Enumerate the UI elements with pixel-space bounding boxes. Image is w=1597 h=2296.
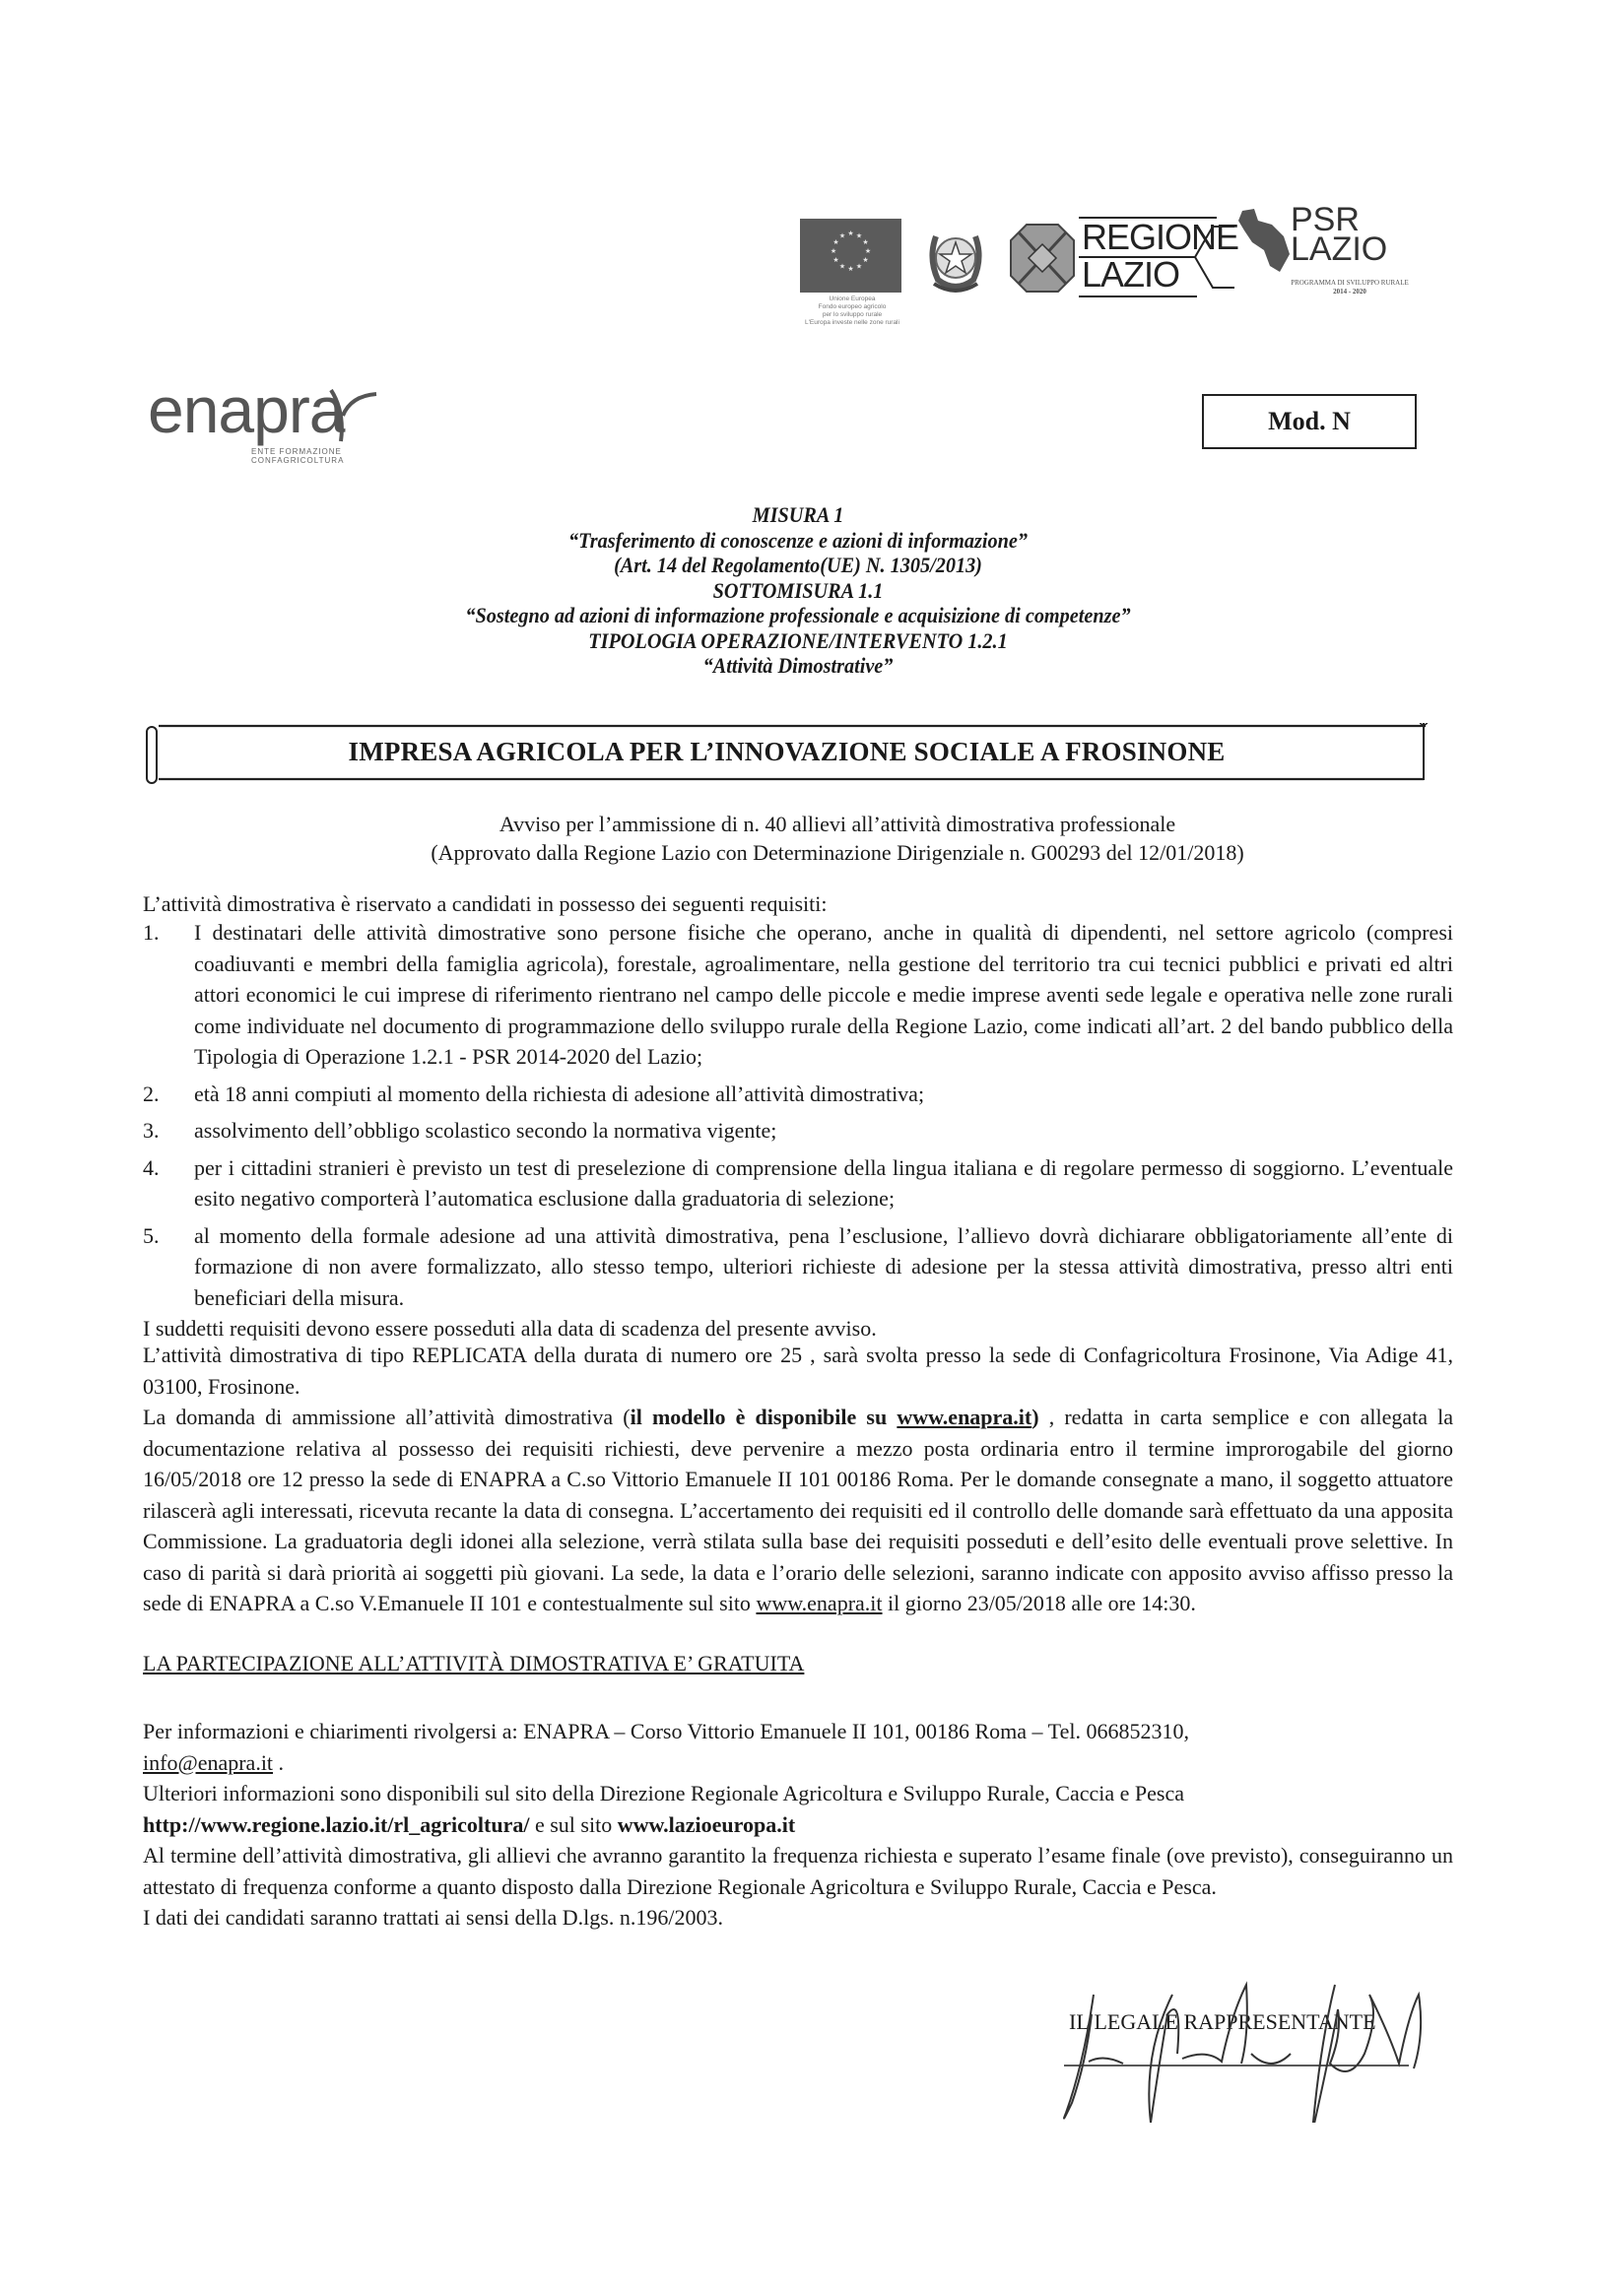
- links-connector: e sul sito: [529, 1812, 617, 1837]
- regione-text-line2: LAZIO: [1082, 256, 1238, 294]
- notice-line2: (Approvato dalla Regione Lazio con Deter…: [296, 838, 1379, 867]
- italian-republic-emblem-icon: [924, 219, 987, 297]
- model-label: Mod. N: [1268, 407, 1351, 436]
- further-info-paragraph: Ulteriori informazioni sono disponibili …: [143, 1778, 1453, 1809]
- links-line: http://www.regione.lazio.it/rl_agricoltu…: [143, 1809, 1453, 1841]
- psr-subtitle-line1: PROGRAMMA DI SVILUPPO RURALE: [1246, 279, 1453, 288]
- application-paragraph: La domanda di ammissione all’attività di…: [143, 1402, 1453, 1619]
- requirement-text: al momento della formale adesione ad una…: [194, 1223, 1453, 1310]
- free-participation-notice: LA PARTECIPAZIONE ALL’ATTIVITÀ DIMOSTRAT…: [143, 1651, 804, 1676]
- psr-subtitle-line2: 2014 - 2020: [1246, 288, 1453, 296]
- handwritten-signature-icon: [995, 1955, 1448, 2123]
- enapra-logo-text: enapra: [148, 373, 345, 446]
- svg-text:★: ★: [839, 232, 845, 240]
- requirements-list: 1.I destinatari delle attività dimostrat…: [143, 917, 1453, 1345]
- application-text: La domanda di ammissione all’attività di…: [143, 1405, 631, 1429]
- project-title: IMPRESA AGRICOLA PER L’INNOVAZIONE SOCIA…: [145, 737, 1429, 767]
- regione-text-line1: REGIONE: [1082, 219, 1238, 256]
- heading-line: “Trasferimento di conoscenze e azioni di…: [336, 528, 1260, 554]
- heading-line: TIPOLOGIA OPERAZIONE/INTERVENTO 1.2.1: [336, 628, 1260, 654]
- requirement-item: 4.per i cittadini stranieri è previsto u…: [143, 1152, 1453, 1214]
- project-title-banner: IMPRESA AGRICOLA PER L’INNOVAZIONE SOCIA…: [145, 723, 1429, 784]
- heading-line: “Sostegno ad azioni di informazione prof…: [336, 603, 1260, 628]
- requirement-number: 5.: [143, 1220, 160, 1252]
- contact-paragraph: Per informazioni e chiarimenti rivolgers…: [143, 1716, 1453, 1747]
- requirement-text: assolvimento dell’obbligo scolastico sec…: [194, 1118, 776, 1143]
- svg-text:★: ★: [862, 238, 868, 246]
- svg-text:★: ★: [847, 265, 853, 273]
- email-suffix: .: [273, 1750, 284, 1775]
- requirement-text: per i cittadini stranieri è previsto un …: [194, 1155, 1453, 1212]
- requirement-item: 3.assolvimento dell’obbligo scolastico s…: [143, 1115, 1453, 1147]
- model-label-box: Mod. N: [1202, 394, 1417, 449]
- svg-text:★: ★: [865, 247, 871, 255]
- requirement-number: 1.: [143, 917, 160, 949]
- svg-text:★: ★: [831, 247, 836, 255]
- eu-caption-line: L'Europa investe nelle zone rurali: [778, 319, 926, 327]
- svg-text:★: ★: [862, 256, 868, 264]
- heading-line: MISURA 1: [336, 502, 1260, 528]
- svg-text:★: ★: [832, 256, 838, 264]
- svg-text:★: ★: [839, 263, 845, 271]
- model-available-text: il modello è disponibile su: [631, 1405, 898, 1429]
- svg-text:★: ★: [856, 232, 862, 240]
- email-link[interactable]: info@enapra.it: [143, 1750, 273, 1775]
- heading-line: (Art. 14 del Regolamento(UE) N. 1305/201…: [336, 553, 1260, 578]
- activity-location-paragraph: L’attività dimostrativa di tipo REPLICAT…: [143, 1340, 1453, 1402]
- requirement-item: 1.I destinatari delle attività dimostrat…: [143, 917, 1453, 1073]
- requirement-item: 5.al momento della formale adesione ad u…: [143, 1220, 1453, 1314]
- requirement-number: 2.: [143, 1079, 160, 1110]
- psr-subtitle: PROGRAMMA DI SVILUPPO RURALE 2014 - 2020: [1246, 279, 1453, 296]
- notice-subtitle: Avviso per l’ammissione di n. 40 allievi…: [296, 810, 1379, 867]
- requirement-number: 3.: [143, 1115, 160, 1147]
- eu-caption-line: Unione Europea: [778, 295, 926, 303]
- heading-line: SOTTOMISURA 1.1: [336, 578, 1260, 604]
- lazioeuropa-link[interactable]: www.lazioeuropa.it: [618, 1812, 795, 1837]
- activity-details: L’attività dimostrativa di tipo REPLICAT…: [143, 1340, 1453, 1619]
- requirements-intro: L’attività dimostrativa è riservato a ca…: [143, 888, 1453, 920]
- regione-lazio-logo: REGIONE LAZIO: [1082, 219, 1238, 294]
- eu-caption-line: per lo sviluppo rurale: [778, 311, 926, 319]
- regione-agricoltura-link[interactable]: http://www.regione.lazio.it/rl_agricoltu…: [143, 1812, 529, 1837]
- eu-caption: Unione Europea Fondo europeo agricolo pe…: [778, 295, 926, 327]
- psr-lazio-logo: PSR LAZIO: [1291, 205, 1387, 264]
- privacy-paragraph: I dati dei candidati saranno trattati ai…: [143, 1902, 1453, 1934]
- signature-block: IL LEGALE RAPPRESENTANTE: [995, 1955, 1448, 2123]
- requirement-text: I destinatari delle attività dimostrativ…: [194, 920, 1453, 1069]
- enapra-subtitle-line1: ENTE FORMAZIONE: [251, 447, 344, 456]
- notice-line1: Avviso per l’ammissione di n. 40 allievi…: [296, 810, 1379, 838]
- measure-heading: MISURA 1 “Trasferimento di conoscenze e …: [336, 502, 1260, 679]
- application-text: , redatta in carta semplice e con allega…: [143, 1405, 1453, 1615]
- psr-text-line2: LAZIO: [1291, 234, 1387, 264]
- contact-info: Per informazioni e chiarimenti rivolgers…: [143, 1716, 1453, 1934]
- enapra-sprout-icon: [325, 382, 384, 446]
- enapra-subtitle-line2: CONFAGRICOLTURA: [251, 456, 344, 465]
- email-line: info@enapra.it .: [143, 1747, 1453, 1779]
- eu-caption-line: Fondo europeo agricolo: [778, 303, 926, 311]
- svg-text:★: ★: [832, 238, 838, 246]
- eu-flag-logo: ★★★ ★★★ ★★★ ★★★: [800, 219, 901, 293]
- certificate-paragraph: Al termine dell’attività dimostrativa, g…: [143, 1840, 1453, 1902]
- heading-line: “Attività Dimostrative”: [336, 653, 1260, 679]
- requirement-number: 4.: [143, 1152, 160, 1184]
- requirement-text: età 18 anni compiuti al momento della ri…: [194, 1082, 924, 1106]
- enapra-logo: enapra: [148, 372, 345, 447]
- requirement-item: 2.età 18 anni compiuti al momento della …: [143, 1079, 1453, 1110]
- svg-text:★: ★: [856, 263, 862, 271]
- paren-close: ): [1031, 1405, 1038, 1429]
- svg-text:★: ★: [847, 230, 853, 237]
- lazio-map-icon: [1234, 207, 1294, 276]
- enapra-website-link-2[interactable]: www.enapra.it: [756, 1591, 882, 1615]
- enapra-website-link[interactable]: www.enapra.it: [897, 1405, 1031, 1429]
- selection-date-text: il giorno 23/05/2018 alle ore 14:30.: [883, 1591, 1196, 1615]
- regione-lazio-emblem-icon: [1009, 223, 1076, 294]
- eu-stars-icon: ★★★ ★★★ ★★★ ★★★: [800, 219, 901, 293]
- enapra-subtitle: ENTE FORMAZIONE CONFAGRICOLTURA: [251, 447, 344, 465]
